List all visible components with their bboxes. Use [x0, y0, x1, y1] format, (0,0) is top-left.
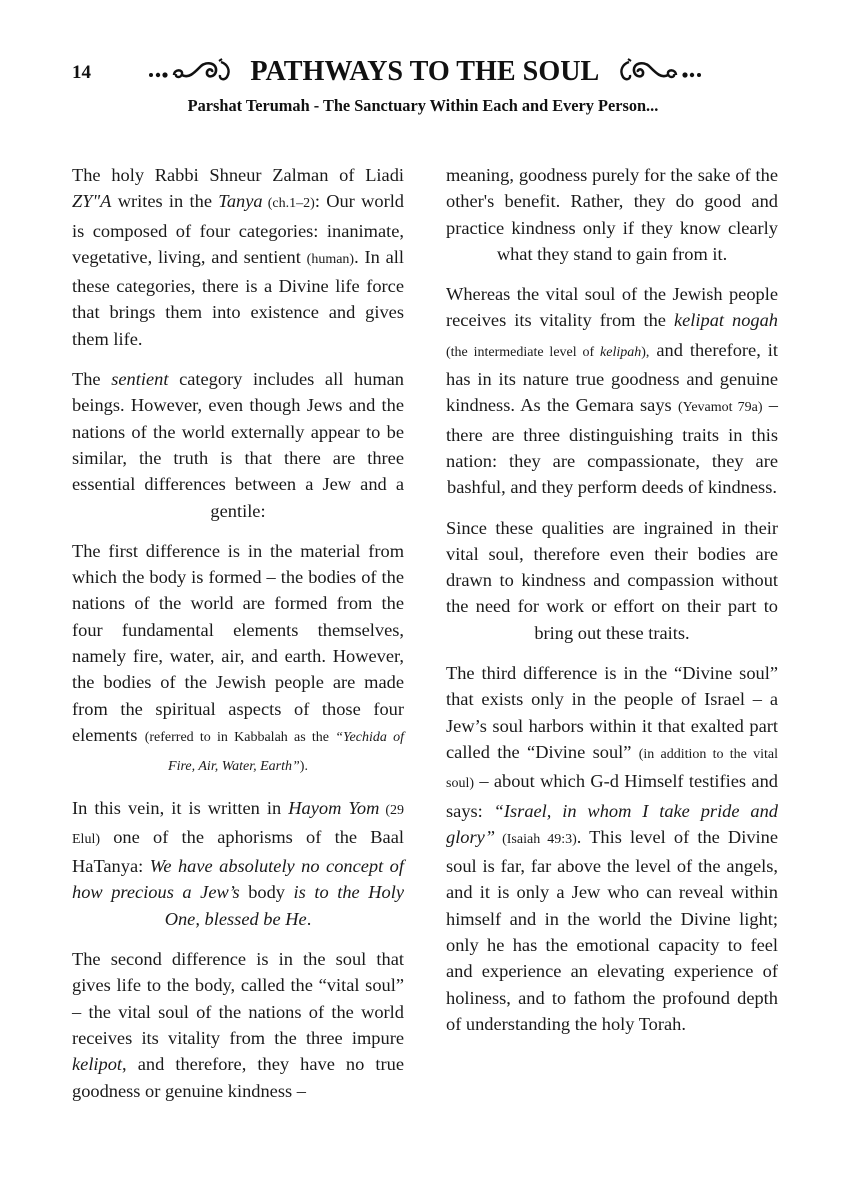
- parenthetical: ).: [300, 759, 308, 774]
- text: writes in the: [111, 191, 218, 211]
- text: The first difference is in the material …: [72, 541, 404, 745]
- running-title: PATHWAYS TO THE SOUL: [251, 55, 600, 88]
- text: The: [72, 369, 111, 389]
- parenthetical: (human): [307, 252, 354, 267]
- text: In this vein, it is written in: [72, 798, 288, 818]
- term-kelipot: kelipot: [72, 1054, 122, 1074]
- paragraph-second-difference: The second difference is in the soul tha…: [72, 946, 404, 1104]
- paragraph-hayom-yom: In this vein, it is written in Hayom Yom…: [72, 795, 404, 932]
- parenthetical-italic: kelipah: [600, 345, 641, 360]
- book-page: 14 PATHWAYS TO THE SOUL: [0, 0, 846, 1200]
- text: meaning, goodness purely for the sake of…: [446, 165, 778, 264]
- flourish-ornament-left-icon: [147, 58, 239, 84]
- right-column: meaning, goodness purely for the sake of…: [446, 162, 778, 1051]
- paragraph-jewish-vital-soul: Whereas the vital soul of the Jewish peo…: [446, 281, 778, 500]
- book-title-tanya: Tanya: [218, 191, 262, 211]
- text: category includes all human beings. Howe…: [72, 369, 404, 520]
- page-header: 14 PATHWAYS TO THE SOUL: [0, 52, 846, 92]
- text-italic: sentient: [111, 369, 168, 389]
- flourish-ornament-right-icon: [611, 58, 703, 84]
- term-kelipat-nogah: kelipat nogah: [674, 310, 778, 330]
- text-italic: ZY"A: [72, 191, 111, 211]
- paragraph-intro: The holy Rabbi Shneur Zalman of Liadi ZY…: [72, 162, 404, 352]
- paragraph-third-difference: The third difference is in the “Divine s…: [446, 660, 778, 1037]
- running-title-block: PATHWAYS TO THE SOUL: [130, 52, 720, 90]
- text: The second difference is in the soul tha…: [72, 949, 404, 1048]
- paragraph-continuation: meaning, goodness purely for the sake of…: [446, 162, 778, 267]
- text: , and therefore, they have no true goodn…: [72, 1054, 404, 1100]
- chapter-subtitle: Parshat Terumah - The Sanctuary Within E…: [17, 96, 829, 116]
- citation: (ch.1–2): [263, 196, 315, 211]
- left-column: The holy Rabbi Shneur Zalman of Liadi ZY…: [72, 162, 404, 1118]
- book-title-hayom-yom: Hayom Yom: [288, 798, 379, 818]
- text: body: [240, 882, 294, 902]
- parenthetical: (the intermediate level of: [446, 345, 600, 360]
- citation: (Isaiah 49:3): [495, 832, 577, 847]
- paragraph-sentient: The sentient category includes all human…: [72, 366, 404, 524]
- parenthetical: (referred to in Kabbalah as the: [145, 730, 336, 745]
- page-number: 14: [72, 62, 91, 84]
- text: . This level of the Divine soul is far, …: [446, 827, 778, 1034]
- text: Since these qualities are ingrained in t…: [446, 518, 778, 643]
- paragraph-ingrained-qualities: Since these qualities are ingrained in t…: [446, 515, 778, 646]
- paragraph-first-difference: The first difference is in the material …: [72, 538, 404, 781]
- text: .: [307, 909, 312, 929]
- citation: (Yevamot 79a): [678, 400, 763, 415]
- text: The holy Rabbi Shneur Zalman of Liadi: [72, 165, 404, 185]
